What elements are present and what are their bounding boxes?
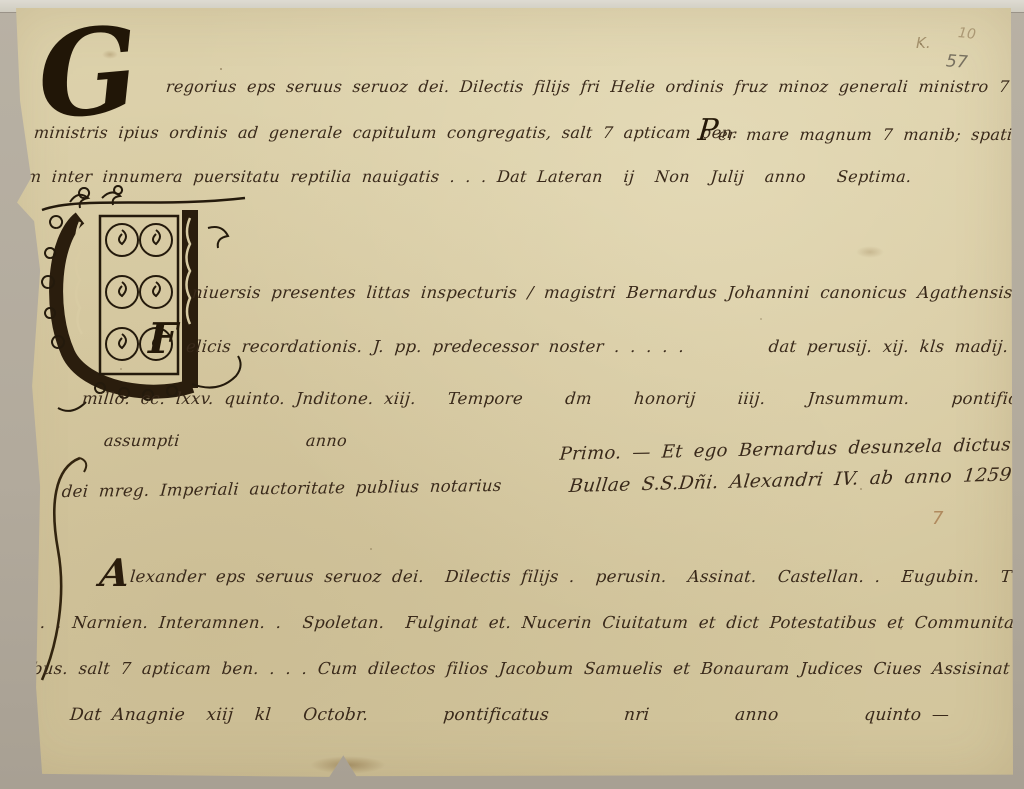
bullae-caption: Bullae S.S.Dñi. Alexandri IV. ab anno 12… <box>568 463 1024 497</box>
pencil-note-7: 7 <box>932 508 943 529</box>
notarial-line4-primo: Primo. — Et ego Bernardus desunzela dict… <box>559 435 1012 464</box>
notarial-line3: millo. cc. lxxv. quinto. Jnditone. xiij.… <box>81 390 1024 408</box>
bull2-dateline: Dat Anagnie xiij kl Octobr. pontificatus… <box>69 706 950 725</box>
paper-stain <box>856 246 884 258</box>
notarial-line2: elicis recordationis. J. pp. predecessor… <box>185 338 1024 356</box>
illuminated-initial-g: G <box>33 10 144 136</box>
notarial-line4-anno: anno <box>305 432 348 450</box>
paper-speckles <box>220 68 222 70</box>
bull1-line3: m inter innumera puersitatu reptilia nau… <box>25 168 912 186</box>
initial-f: F <box>148 318 178 360</box>
bull1-line2: ministris ipius ordinis ad generale capi… <box>33 124 738 142</box>
notarial-line1: niuersis presentes littas inspecturis / … <box>191 284 1024 302</box>
manuscript-paper: G regorius eps seruus seruoz dei. Dilect… <box>10 8 1014 780</box>
pen-flourish <box>36 454 96 684</box>
bull1-line1: regorius eps seruus seruoz dei. Dilectis… <box>165 78 1024 96</box>
bull2-line3: bus. salt 7 apticam ben. . . . Cum dilec… <box>31 660 1024 678</box>
bull1-line2b: Per mare magnum 7 manib; spatiosu <box>697 114 1024 147</box>
pencil-note-10: 10 <box>957 25 976 43</box>
bull2-line1: lexander eps seruus seruoz dei. Dilectis… <box>129 568 1024 586</box>
paper-stain <box>310 756 386 774</box>
bull2-line2: . . . Narnien. Interamnen. . Spoletan. F… <box>23 614 1024 632</box>
pencil-note-57: 57 <box>945 51 968 72</box>
pencil-note-k: K. <box>916 34 931 52</box>
notarial-line4-assumpti: assumpti <box>103 432 180 450</box>
notarial-line6: dei mreg. Imperiali auctoritate publius … <box>61 477 502 501</box>
initial-a: A <box>98 554 131 592</box>
